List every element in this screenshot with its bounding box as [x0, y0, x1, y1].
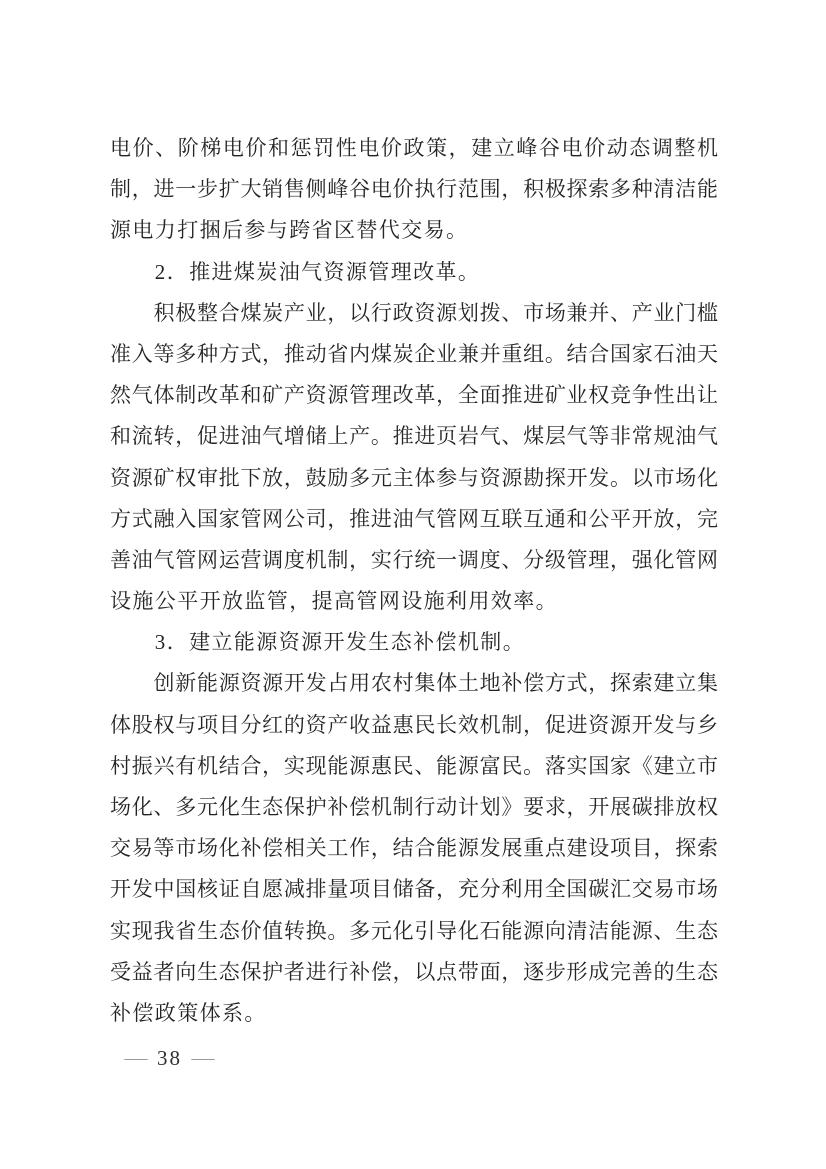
text-line: 补偿政策体系。: [110, 993, 718, 1034]
text-line: 交易等市场化补偿相关工作，结合能源发展重点建设项目，探索: [110, 828, 718, 869]
text-line: 资源矿权审批下放，鼓励多元主体参与资源勘探开发。以市场化: [110, 458, 718, 499]
text-line: 实现我省生态价值转换。多元化引导化石能源向清洁能源、生态: [110, 911, 718, 952]
page-number: 38: [157, 1046, 182, 1071]
text-line: 然气体制改革和矿产资源管理改革，全面推进矿业权竞争性出让: [110, 375, 718, 416]
text-line: 和流转，促进油气增储上产。推进页岩气、煤层气等非常规油气: [110, 416, 718, 457]
text-line: 2．推进煤炭油气资源管理改革。: [110, 252, 718, 293]
text-line: 设施公平开放监管，提高管网设施利用效率。: [110, 581, 718, 622]
document-body: 电价、阶梯电价和惩罚性电价政策，建立峰谷电价动态调整机制，进一步扩大销售侧峰谷电…: [110, 128, 718, 1034]
text-line: 方式融入国家管网公司，推进油气管网互联互通和公平开放，完: [110, 499, 718, 540]
text-line: 制，进一步扩大销售侧峰谷电价执行范围，积极探索多种清洁能: [110, 169, 718, 210]
text-line: 积极整合煤炭产业，以行政资源划拨、市场兼并、产业门槛: [110, 293, 718, 334]
text-line: 受益者向生态保护者进行补偿，以点带面，逐步形成完善的生态: [110, 952, 718, 993]
text-line: 源电力打捆后参与跨省区替代交易。: [110, 210, 718, 251]
text-line: 开发中国核证自愿减排量项目储备，充分利用全国碳汇交易市场: [110, 869, 718, 910]
text-line: 创新能源资源开发占用农村集体土地补偿方式，探索建立集: [110, 663, 718, 704]
text-line: 电价、阶梯电价和惩罚性电价政策，建立峰谷电价动态调整机: [110, 128, 718, 169]
page-footer: — 38 —: [126, 1043, 213, 1073]
footer-dash-left: —: [125, 1047, 148, 1070]
text-line: 善油气管网运营调度机制，实行统一调度、分级管理，强化管网: [110, 540, 718, 581]
text-line: 准入等多种方式，推动省内煤炭企业兼并重组。结合国家石油天: [110, 334, 718, 375]
text-line: 3．建立能源资源开发生态补偿机制。: [110, 622, 718, 663]
text-line: 体股权与项目分红的资产收益惠民长效机制，促进资源开发与乡: [110, 705, 718, 746]
text-line: 村振兴有机结合，实现能源惠民、能源富民。落实国家《建立市: [110, 746, 718, 787]
document-page: 电价、阶梯电价和惩罚性电价政策，建立峰谷电价动态调整机制，进一步扩大销售侧峰谷电…: [0, 0, 826, 1169]
text-line: 场化、多元化生态保护补偿机制行动计划》要求，开展碳排放权: [110, 787, 718, 828]
footer-dash-right: —: [192, 1047, 215, 1070]
